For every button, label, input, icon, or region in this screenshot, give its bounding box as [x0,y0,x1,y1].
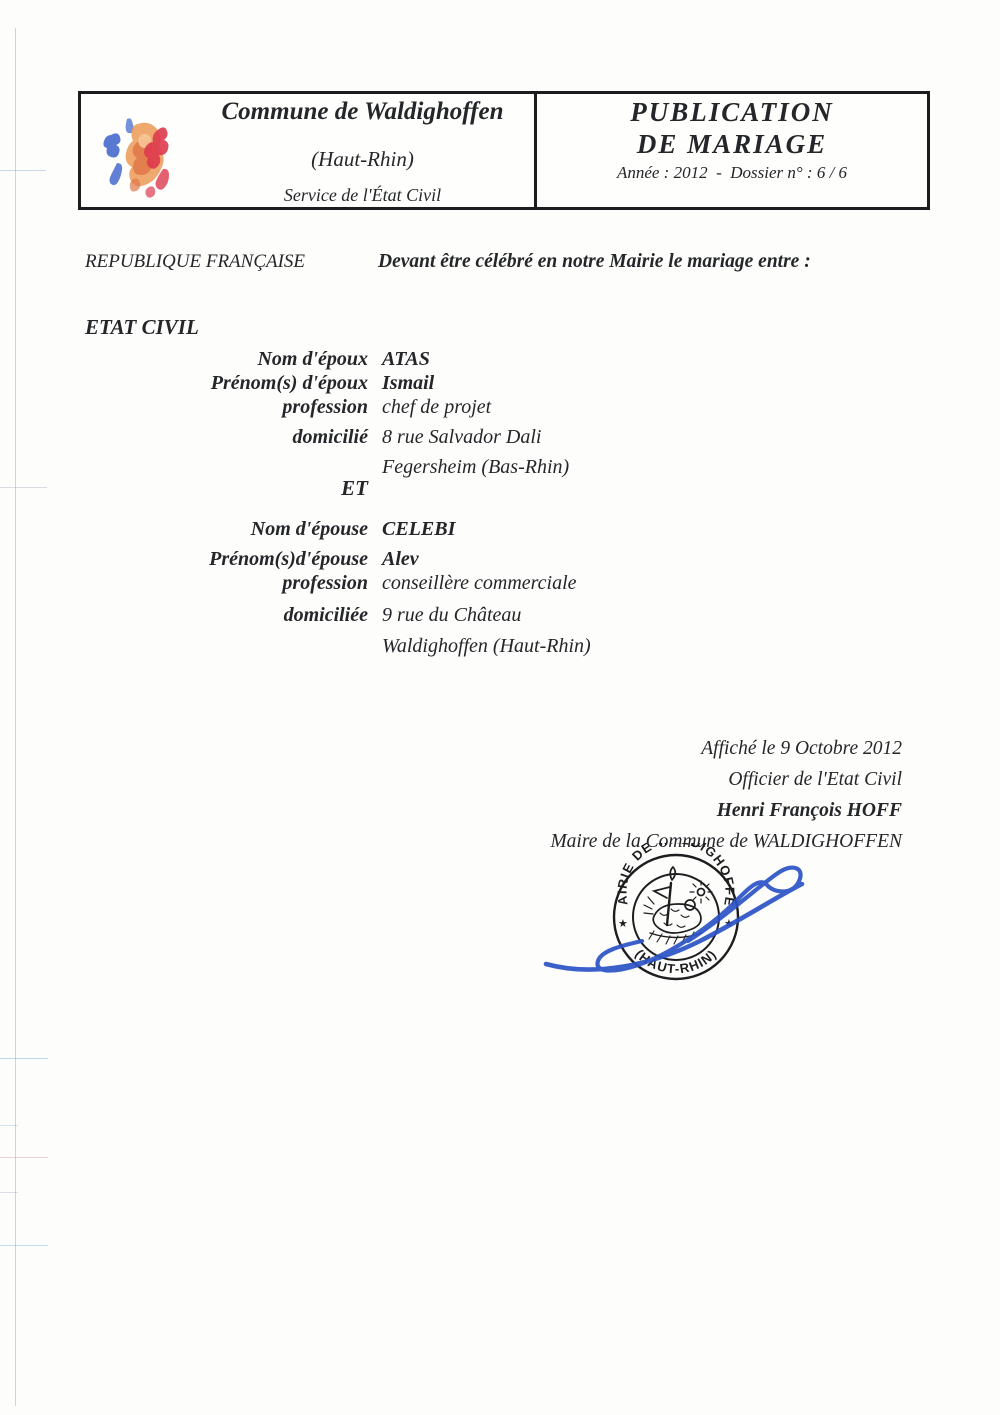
scan-tick [0,1157,48,1158]
field-value: conseillère commerciale [382,571,577,595]
field-label: Nom d'épouse [85,517,368,541]
field-value: Waldighoffen (Haut-Rhin) [382,634,591,658]
republic-label: REPUBLIQUE FRANÇAISE [85,251,378,273]
field-row: profession chef de projet [85,395,569,419]
field-label [85,634,368,658]
field-value: 9 rue du Château [382,603,521,627]
department-name: (Haut-Rhin) [191,147,534,171]
municipal-seal-icon: MAIRIE DE WALDIGHOFFEN (HAUT-RHIN) ★ ★ [538,843,738,979]
handwritten-signature-ink [546,868,802,971]
field-label: domicilié [85,425,368,449]
field-value: CELEBI [382,517,455,541]
bride-fields: Nom d'épouse CELEBI Prénom(s)d'épouse Al… [85,517,591,658]
scan-tick [0,1192,18,1193]
scan-edge-line [15,28,16,1406]
posting-date: Affiché le 9 Octobre 2012 [550,733,902,764]
field-value: Ismail [382,371,434,395]
marianne-logo-icon [81,94,191,207]
field-value: Fegersheim (Bas-Rhin) [382,455,569,479]
dossier-reference: Année : 2012 - Dossier n° : 6 / 6 [537,163,927,183]
conjunction-et: ET [85,476,368,501]
scan-tick [0,170,46,171]
publication-title-line2: DE MARIAGE [537,128,927,160]
field-value: Alev [382,547,419,571]
section-heading-etat-civil: ETAT CIVIL [85,315,199,340]
field-row: profession conseillère commerciale [85,571,591,595]
field-label: Prénom(s)d'épouse [85,547,368,571]
service-line: Service de l'État Civil [191,185,534,205]
field-label: domiciliée [85,603,368,627]
field-label: Prénom(s) d'époux [85,371,368,395]
field-label: profession [85,571,368,595]
header-commune-cell: Commune de Waldighoffen (Haut-Rhin) Serv… [81,94,537,207]
stamp-and-signature: MAIRIE DE WALDIGHOFFEN (HAUT-RHIN) ★ ★ [538,843,824,998]
field-row: Waldighoffen (Haut-Rhin) [85,634,591,658]
publication-title-line1: PUBLICATION [537,96,927,128]
field-row: Prénom(s) d'époux Ismail [85,371,569,395]
header-commune-text: Commune de Waldighoffen (Haut-Rhin) Serv… [191,94,534,207]
header-title-cell: PUBLICATION DE MARIAGE Année : 2012 - Do… [537,94,927,207]
field-row: domiciliée 9 rue du Château [85,603,591,627]
field-row: Nom d'époux ATAS [85,347,569,371]
field-row: Nom d'épouse CELEBI [85,517,591,541]
signature-block: Affiché le 9 Octobre 2012 Officier de l'… [550,733,902,857]
header-box: Commune de Waldighoffen (Haut-Rhin) Serv… [78,91,930,210]
celebration-statement: Devant être célébré en notre Mairie le m… [378,251,811,273]
field-label: Nom d'époux [85,347,368,371]
groom-fields: Nom d'époux ATAS Prénom(s) d'époux Ismai… [85,347,569,479]
intro-row: REPUBLIQUE FRANÇAISE Devant être célébré… [85,251,811,273]
seal-star-left: ★ [618,918,628,930]
field-label: profession [85,395,368,419]
scan-tick [0,1058,48,1059]
field-value: 8 rue Salvador Dali [382,425,541,449]
officer-name: Henri François HOFF [550,795,902,826]
field-value: ATAS [382,347,430,371]
commune-name: Commune de Waldighoffen [191,98,534,126]
field-value: chef de projet [382,395,491,419]
scanned-document-page: Commune de Waldighoffen (Haut-Rhin) Serv… [0,0,1000,1415]
scan-tick [0,1125,18,1126]
marianne-logo-art [97,111,185,201]
field-row: domicilié 8 rue Salvador Dali [85,425,569,449]
officer-title: Officier de l'Etat Civil [550,764,902,795]
scan-tick [0,487,47,488]
field-row: Prénom(s)d'épouse Alev [85,547,591,571]
scan-tick [0,1245,48,1246]
